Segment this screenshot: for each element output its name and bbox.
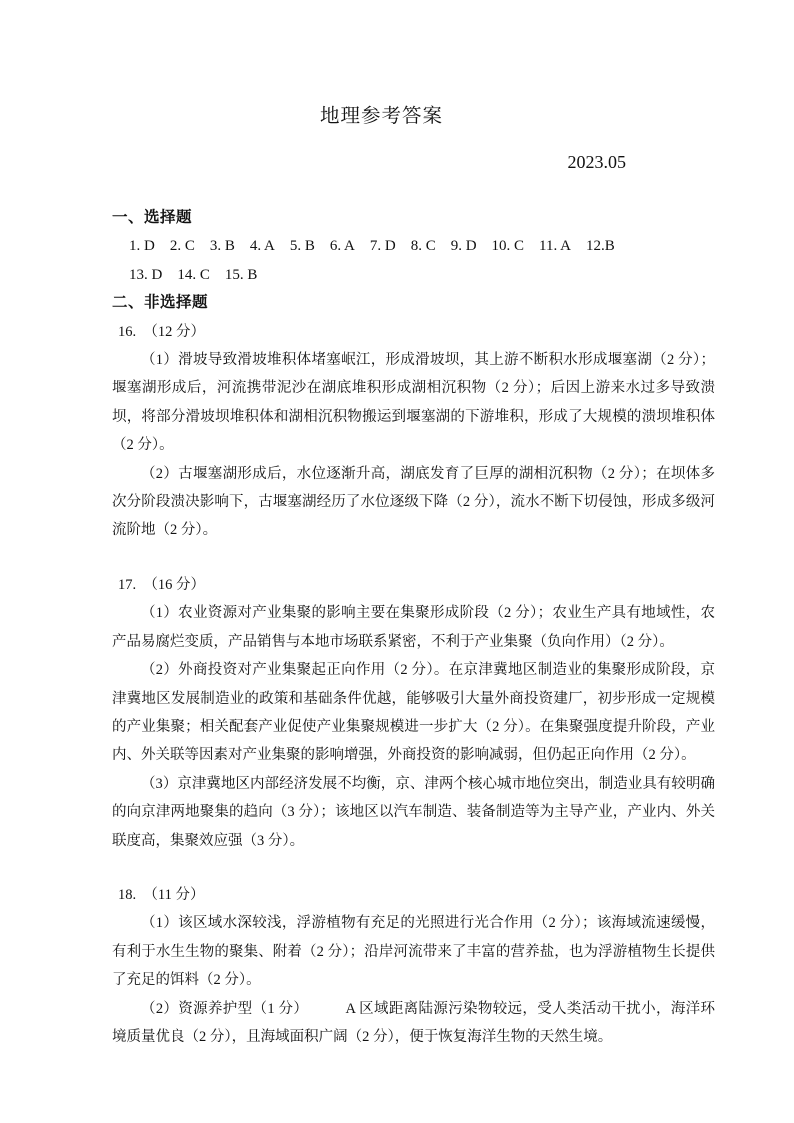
section-heading-choice: 一、选择题: [112, 204, 715, 232]
page-title: 地理参考答案: [112, 102, 715, 132]
question-16-block: 16. （12 分） （1）滑坡导致滑坡堆积体堵塞岷江，形成滑坡坝，其上游不断积…: [112, 318, 715, 545]
question-16-answer-part-1: （1）滑坡导致滑坡堆积体堵塞岷江，形成滑坡坝，其上游不断积水形成堰塞湖（2 分）…: [112, 346, 715, 460]
document-date: 2023.05: [112, 147, 715, 177]
choice-answers-line-2: 13. D 14. C 15. B: [112, 261, 715, 289]
question-17-block: 17. （16 分） （1）农业资源对产业集聚的影响主要在集聚形成阶段（2 分）…: [112, 571, 715, 855]
section-heading-non-choice: 二、非选择题: [112, 289, 715, 317]
question-18-answer-part-1: （1）该区域水深较浅，浮游植物有充足的光照进行光合作用（2 分）；该海域流速缓慢…: [112, 909, 715, 994]
question-17-number: 17. （16 分）: [112, 571, 715, 599]
question-17-answer-part-1: （1）农业资源对产业集聚的影响主要在集聚形成阶段（2 分）；农业生产具有地域性，…: [112, 599, 715, 656]
question-16-answer-part-2: （2）古堰塞湖形成后，水位逐渐升高，湖底发育了巨厚的湖相沉积物（2 分）；在坝体…: [112, 460, 715, 545]
choice-answers-line-1: 1. D 2. C 3. B 4. A 5. B 6. A 7. D 8. C …: [112, 232, 715, 260]
question-18-answer-part-2: （2）资源养护型（1 分） A 区域距离陆源污染物较远，受人类活动干扰小，海洋环…: [112, 995, 715, 1052]
question-16-number: 16. （12 分）: [112, 318, 715, 346]
question-17-answer-part-2: （2）外商投资对产业集聚起正向作用（2 分）。在京津冀地区制造业的集聚形成阶段，…: [112, 656, 715, 770]
question-18-number: 18. （11 分）: [112, 881, 715, 909]
question-18-block: 18. （11 分） （1）该区域水深较浅，浮游植物有充足的光照进行光合作用（2…: [112, 881, 715, 1051]
answer-sheet-page: 地理参考答案 2023.05 一、选择题 1. D 2. C 3. B 4. A…: [0, 0, 794, 1123]
question-17-answer-part-3: （3）京津冀地区内部经济发展不均衡，京、津两个核心城市地位突出，制造业具有较明确…: [112, 770, 715, 855]
